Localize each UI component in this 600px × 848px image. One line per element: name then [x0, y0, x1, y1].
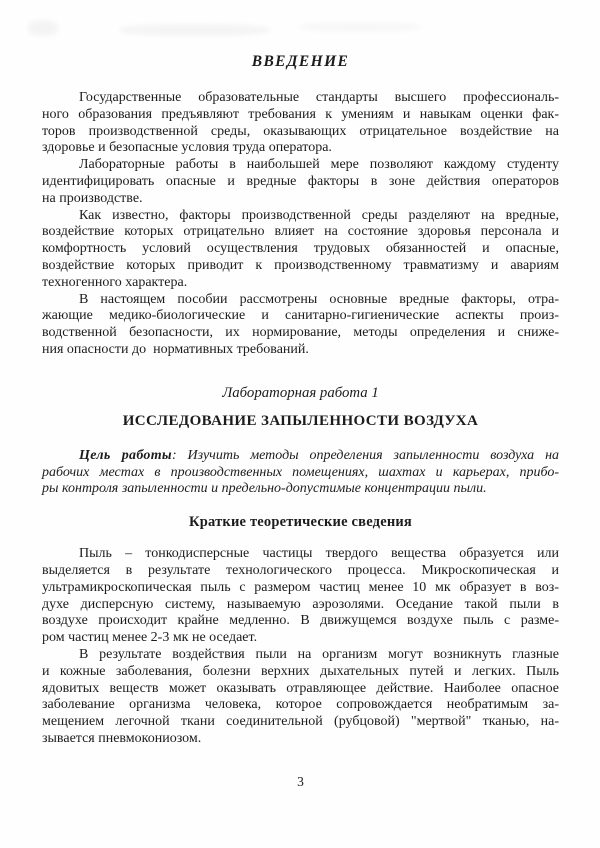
text-line: зывается пневмокониозом.	[42, 731, 559, 748]
text-line: здоровье и безопасные условия труда опер…	[42, 140, 559, 157]
text-line: ния опасности до нормативных требований.	[42, 342, 559, 359]
text-line: и кожные заболевания, болезни верхних ды…	[42, 664, 559, 681]
goal-paragraph: Цель работы: Изучить методы определения …	[42, 448, 559, 498]
text-line: Пыль – тонкодисперсные частицы твердого …	[42, 546, 559, 563]
text-line: торов производственной среды, оказывающи…	[42, 124, 559, 141]
text-line: В результате воздействия пыли на организ…	[42, 647, 559, 664]
text-line: воздухе происходит крайне медленно. В дв…	[42, 613, 559, 630]
text-line: воздействие которых приводит к производс…	[42, 258, 559, 275]
intro-paragraph: Как известно, факторы производственной с…	[42, 208, 559, 292]
intro-paragraph: Лабораторные работы в наибольшей мере по…	[42, 157, 559, 207]
lab-work-title: ИССЛЕДОВАНИЕ ЗАПЫЛЕННОСТИ ВОЗДУХА	[42, 412, 559, 430]
intro-paragraph: Государственные образовательные стандарт…	[42, 90, 559, 157]
goal-lines: рабочих местах в производственных помеще…	[42, 465, 559, 499]
text-line: Лабораторные работы в наибольшей мере по…	[42, 157, 559, 174]
text-line: комфортность условий осуществления трудо…	[42, 241, 559, 258]
text-line: ультрамикроскопическая пыль с размером ч…	[42, 580, 559, 597]
text-line: ры контроля запыленности и предельно-доп…	[42, 481, 559, 498]
scan-artifact	[120, 24, 270, 36]
text-line: выделяется в результате технологического…	[42, 563, 559, 580]
theory-paragraph: В результате воздействия пыли на организ…	[42, 647, 559, 748]
goal-text: : Изучить методы определения запыленност…	[172, 448, 559, 463]
text-line: рабочих местах в производственных помеще…	[42, 465, 559, 482]
lab-work-label: Лабораторная работа 1	[42, 385, 559, 402]
text-line: жающие медико-биологические и санитарно-…	[42, 308, 559, 325]
text-line: воздействие которых отрицательно влияет …	[42, 224, 559, 241]
text-line: ром частиц менее 2-3 мк не оседает.	[42, 630, 559, 647]
scan-artifact	[300, 22, 420, 32]
theory-paragraph: Пыль – тонкодисперсные частицы твердого …	[42, 546, 559, 647]
page-content: ВВЕДЕНИЕ Государственные образовательные…	[42, 53, 559, 790]
text-line: ядовитых веществ может оказывать отравля…	[42, 681, 559, 698]
goal-label: Цель работы	[79, 448, 172, 463]
text-line: Цель работы: Изучить методы определения …	[42, 448, 559, 465]
text-line: мещением легочной ткани соединительной (…	[42, 714, 559, 731]
scanned-document-page: ВВЕДЕНИЕ Государственные образовательные…	[0, 0, 600, 848]
intro-paragraph: В настоящем пособии рассмотрены основные…	[42, 292, 559, 359]
theory-body: Пыль – тонкодисперсные частицы твердого …	[42, 546, 559, 748]
text-line: Как известно, факторы производственной с…	[42, 208, 559, 225]
text-line: водственной безопасности, их нормировани…	[42, 325, 559, 342]
text-line: идентифицировать опасные и вредные факто…	[42, 174, 559, 191]
text-line: на производстве.	[42, 191, 559, 208]
text-line: техногенного характера.	[42, 275, 559, 292]
text-line: заболевание организма человека, которое …	[42, 697, 559, 714]
text-line: В настоящем пособии рассмотрены основные…	[42, 292, 559, 309]
text-line: ного образования предъявляют требования …	[42, 107, 559, 124]
page-number: 3	[42, 774, 559, 790]
section-heading-introduction: ВВЕДЕНИЕ	[42, 53, 559, 71]
text-line: духе дисперсную систему, называемую аэро…	[42, 597, 559, 614]
theory-section-heading: Краткие теоретические сведения	[42, 514, 559, 531]
scan-artifact	[28, 20, 58, 36]
text-line: Государственные образовательные стандарт…	[42, 90, 559, 107]
